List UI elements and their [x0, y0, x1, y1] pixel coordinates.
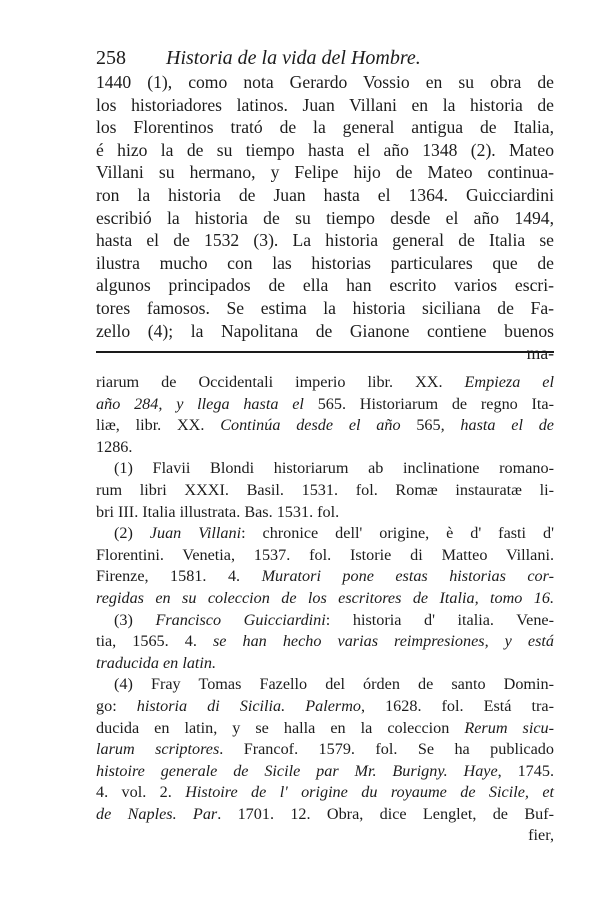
footnote-line: Florentini. Venetia, 1537. fol. Istorie … — [96, 545, 554, 567]
footnote-text: 565. Historiarum de regno Ita- — [318, 395, 554, 413]
footnote-italic: Continúa desde el año — [220, 416, 416, 434]
running-title: Historia de la vida del Hombre. — [166, 47, 421, 69]
text-line: tores famosos. Se estima la historia sic… — [96, 297, 554, 320]
footnote-text: 565 — [416, 416, 440, 434]
footnote-line: 1286. — [96, 437, 554, 459]
footnote-line: liæ, libr. XX. Continúa desde el año 565… — [96, 415, 554, 437]
footnote-italic: de Naples. Par — [96, 805, 217, 823]
footnote-author: Francisco Guicciardini — [133, 611, 326, 629]
footnote-line: de Naples. Par. 1701. 12. Obra, dice Len… — [96, 804, 554, 826]
footnote-line: Firenze, 1581. 4. Muratori pone estas hi… — [96, 566, 554, 588]
footnote-line: regidas en su coleccion de los escritore… — [96, 588, 554, 610]
text-line: los historiadores latinos. Juan Villani … — [96, 94, 554, 117]
page-number: 258 — [96, 46, 166, 70]
footnote-italic: traducida en latin. — [96, 654, 216, 672]
footnote-line: larum scriptores. Francof. 1579. fol. Se… — [96, 739, 554, 761]
footnote-text: . 1701. 12. Obra, dice Lenglet, de Buf- — [217, 805, 554, 823]
footnote-italic: historia di Sicilia. Palermo — [137, 697, 361, 715]
footnote-text: go: — [96, 697, 137, 715]
main-text: 1440 (1), como nota Gerardo Vossio en su… — [96, 71, 554, 365]
footnote-italic: Muratori pone estas historias cor- — [262, 567, 554, 585]
footnote-italic: Rerum sicu- — [464, 719, 554, 737]
footnote-text: Firenze, 1581. 4. — [96, 567, 262, 585]
footnote-divider — [96, 351, 554, 353]
footnote-4: (4) Fray Tomas Fazello del órden de sant… — [96, 674, 554, 696]
catchword: fier, — [96, 825, 554, 847]
footnote-text: , 1628. fol. Está tra- — [361, 697, 554, 715]
footnote-line: ducida en latin, y se halla en la colecc… — [96, 718, 554, 740]
text-line: zello (4); la Napolitana de Gianone cont… — [96, 320, 554, 343]
footnote-italic: se han hecho varias reimpresiones, y est… — [213, 632, 554, 650]
footnote-author: Juan Villani — [133, 524, 241, 542]
footnote-italic: , tomo 16. — [475, 589, 554, 607]
footnote-marker: (3) — [114, 611, 133, 629]
catchword: ma- — [96, 342, 554, 365]
footnote-1: (1) Flavii Blondi historiarum ab inclina… — [96, 458, 554, 480]
text-line: escribió la historia de su tiempo desde … — [96, 207, 554, 230]
footnote-marker: (4) — [114, 675, 133, 693]
footnote-text: 4. vol. 2. — [96, 783, 185, 801]
text-line: ron la historia de Juan hasta el 1364. G… — [96, 184, 554, 207]
footnote-italic: larum scriptores — [96, 740, 219, 758]
footnote-text: tia, 1565. 4. — [96, 632, 213, 650]
footnote-line: riarum de Occidentali imperio libr. XX. … — [96, 372, 554, 394]
footnote-text: . Francof. 1579. fol. Se ha publicado — [219, 740, 554, 758]
footnote-text: , 1745. — [498, 762, 554, 780]
text-line: 1440 (1), como nota Gerardo Vossio en su… — [96, 71, 554, 94]
footnote-text: : chronice dell' origine, è d' fasti d' — [241, 524, 554, 542]
footnote-italic: regidas en su coleccion de los escritore… — [96, 589, 475, 607]
footnote-marker: (2) — [114, 524, 133, 542]
footnote-italic: , et — [525, 783, 554, 801]
footnote-line: traducida en latin. — [96, 653, 554, 675]
footnote-italic: año 284, y llega hasta el — [96, 395, 318, 413]
text-line: Villani su hermano, y Felipe hijo de Mat… — [96, 161, 554, 184]
text-line: ilustra mucho con las historias particul… — [96, 252, 554, 275]
footnote-line: histoire generale de Sicile par Mr. Buri… — [96, 761, 554, 783]
footnote-italic: Empieza el — [465, 373, 554, 391]
text-line: hasta el de 1532 (3). La historia genera… — [96, 229, 554, 252]
footnote-italic: histoire generale de Sicile par Mr. Buri… — [96, 762, 498, 780]
footnote-2: (2) Juan Villani: chronice dell' origine… — [96, 523, 554, 545]
footnote-text: ducida en latin, y se halla en la colecc… — [96, 719, 464, 737]
footnote-line: bri III. Italia illustrata. Bas. 1531. f… — [96, 502, 554, 524]
footnote-text: : historia d' italia. Vene- — [326, 611, 554, 629]
footnote-text: Flavii Blondi historiarum ab inclination… — [133, 459, 554, 477]
text-line: los Florentinos trató de la general anti… — [96, 116, 554, 139]
footnotes: riarum de Occidentali imperio libr. XX. … — [96, 372, 554, 847]
footnote-line: rum libri XXXI. Basil. 1531. fol. Romæ i… — [96, 480, 554, 502]
text-line: é hizo la de su tiempo hasta el año 1348… — [96, 139, 554, 162]
footnote-text: riarum de Occidentali imperio libr. XX. — [96, 373, 465, 391]
footnote-line: tia, 1565. 4. se han hecho varias reimpr… — [96, 631, 554, 653]
footnote-text: Fray Tomas Fazello del órden de santo Do… — [133, 675, 554, 693]
footnote-marker: (1) — [114, 459, 133, 477]
footnote-line: go: historia di Sicilia. Palermo, 1628. … — [96, 696, 554, 718]
footnote-italic: Histoire de l' origine du royaume de Sic… — [185, 783, 525, 801]
footnote-3: (3) Francisco Guicciardini: historia d' … — [96, 610, 554, 632]
footnote-text: liæ, libr. XX. — [96, 416, 220, 434]
text-line: algunos principados de ella han escrito … — [96, 274, 554, 297]
running-head: 258Historia de la vida del Hombre. — [96, 46, 554, 70]
footnote-italic: , hasta el de — [441, 416, 554, 434]
footnote-line: año 284, y llega hasta el 565. Historiar… — [96, 394, 554, 416]
footnote-line: 4. vol. 2. Histoire de l' origine du roy… — [96, 782, 554, 804]
